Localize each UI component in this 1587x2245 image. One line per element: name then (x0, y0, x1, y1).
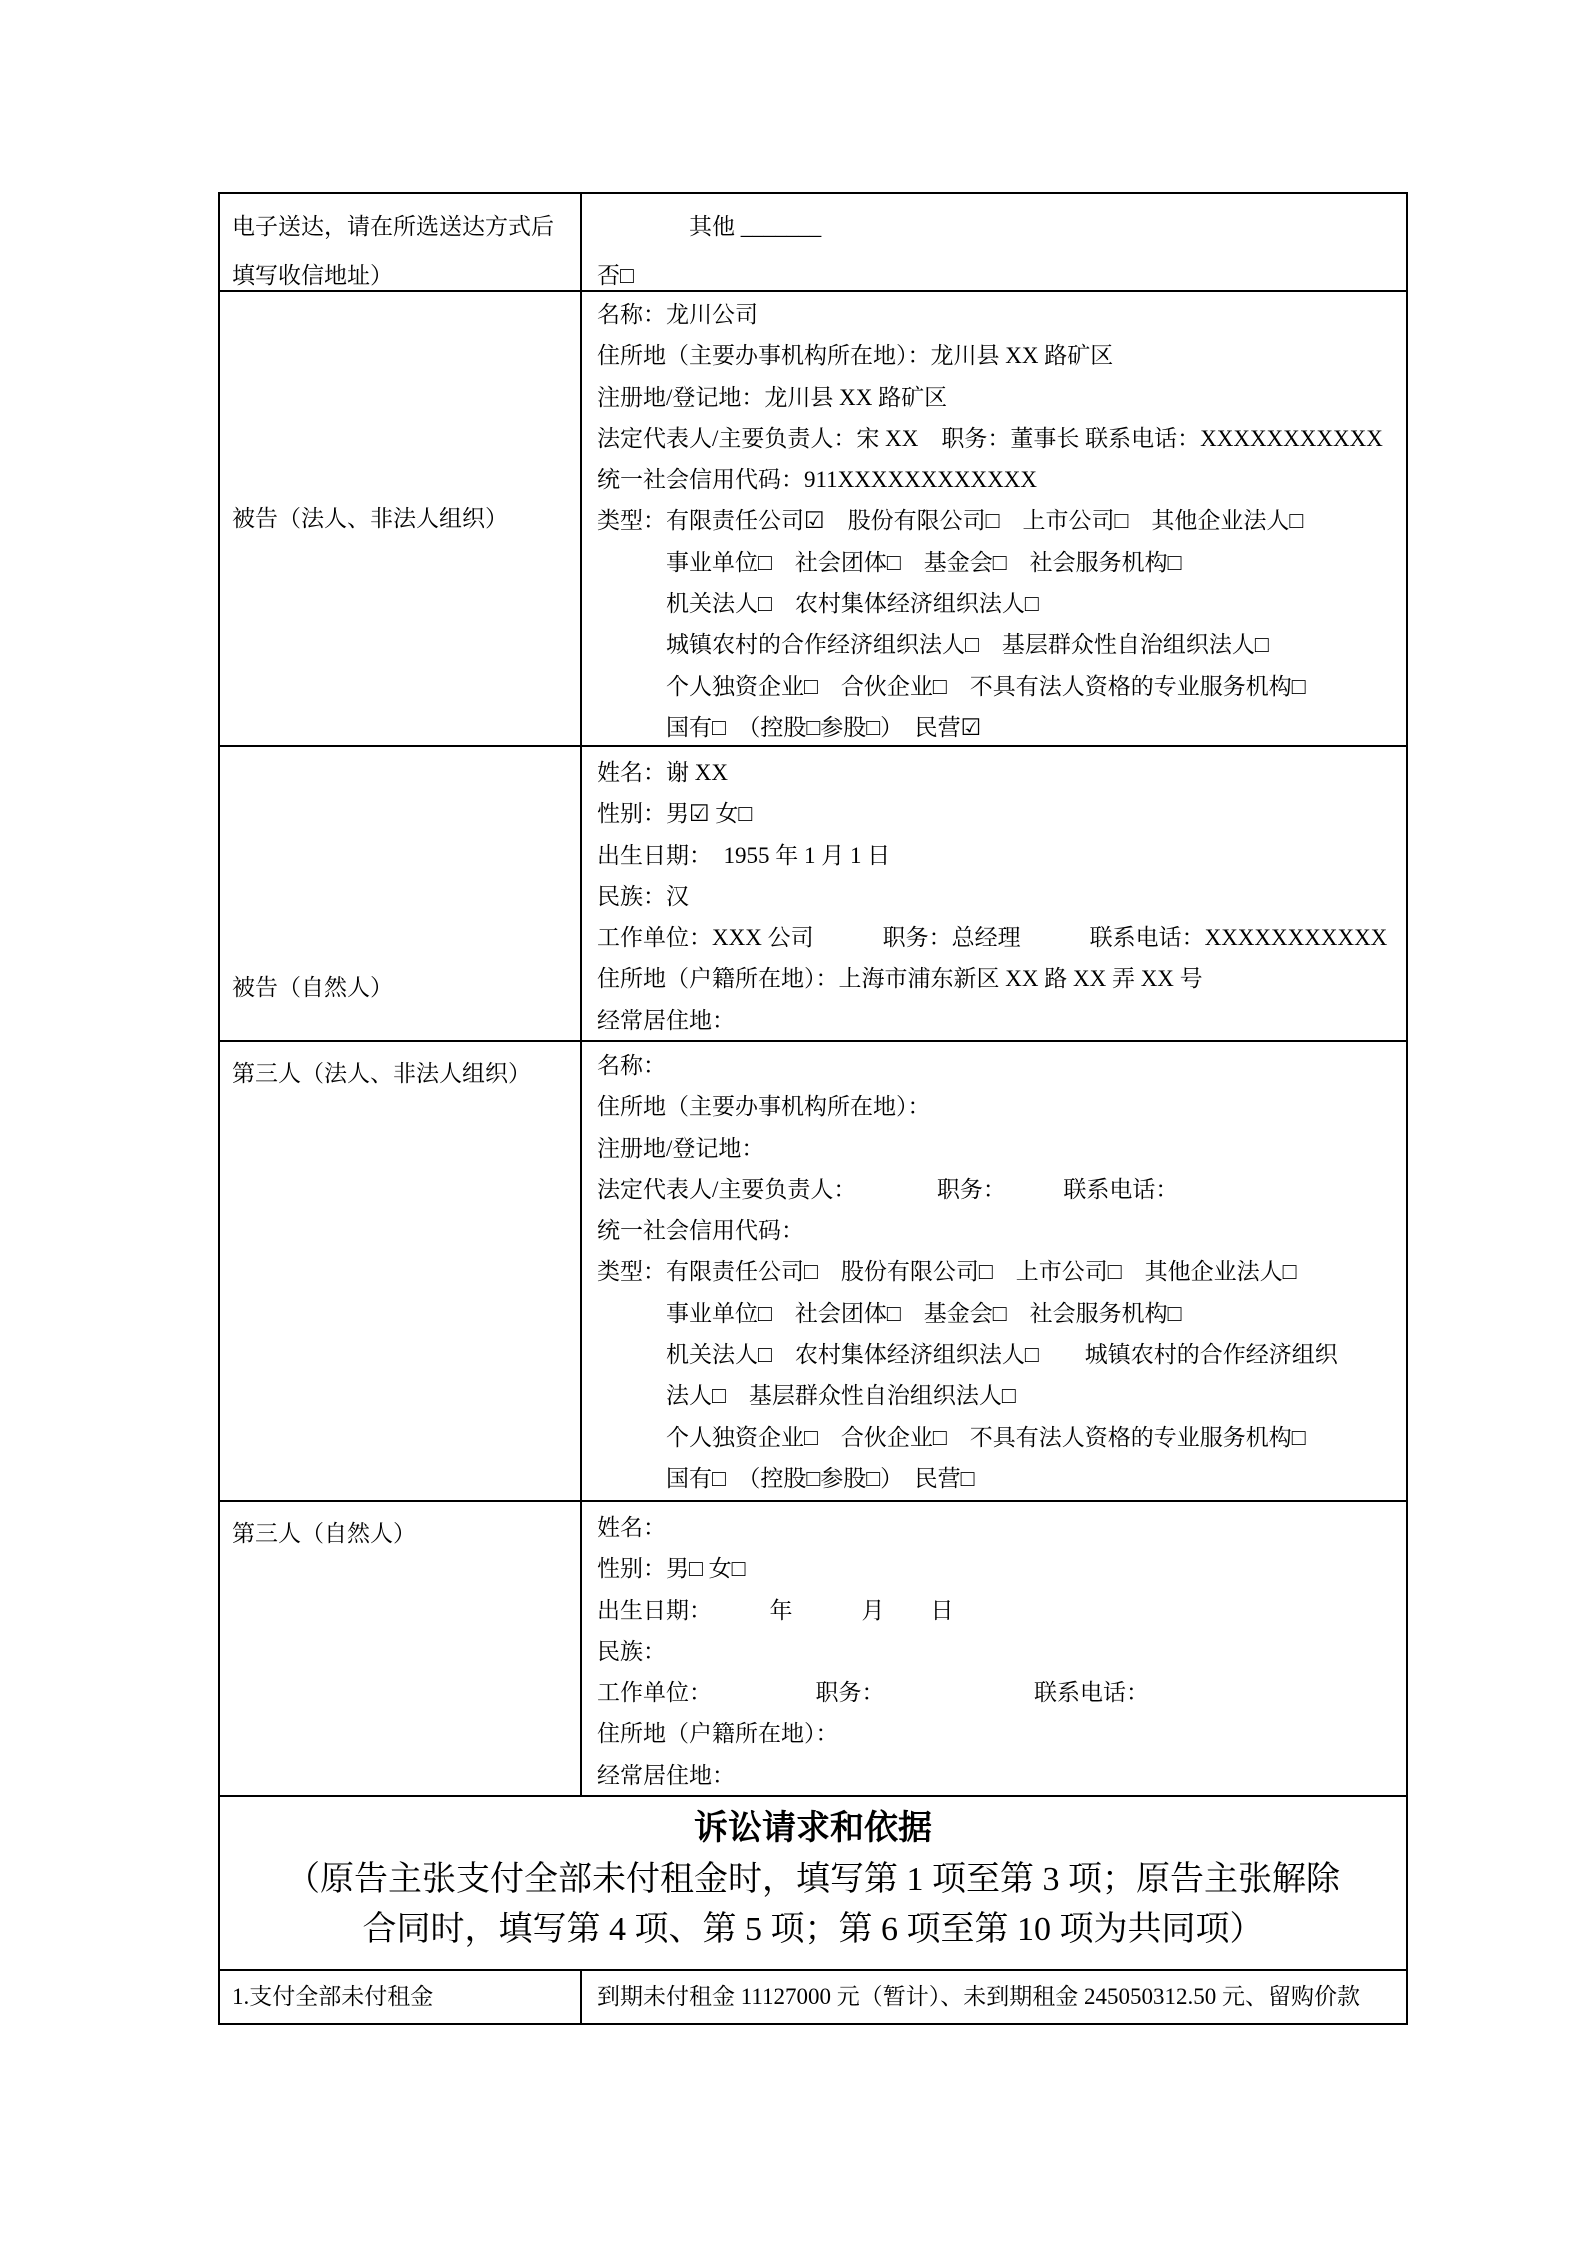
form-line: 民族： (597, 1631, 1398, 1672)
form-line: 其他 _______ (597, 202, 1398, 251)
form-line: 住所地（户籍所在地）： (597, 1713, 1398, 1754)
cell-third-party-natural-person-content: 姓名：性别：男□ 女□出生日期： 年 月 日民族：工作单位： 职务： 联系电话：… (582, 1502, 1406, 1795)
form-line: 名称： (597, 1045, 1398, 1086)
cell-third-party-organization-content: 名称：住所地（主要办事机构所在地）：注册地/登记地：法定代表人/主要负责人： 职… (582, 1042, 1406, 1500)
cell-third-party-natural-person-label: 第三人（自然人） (220, 1502, 582, 1795)
claims-header-title: 诉讼请求和依据 (220, 1803, 1406, 1855)
form-line: 性别：男☑ 女□ (597, 793, 1398, 834)
form-line: 事业单位□ 社会团体□ 基金会□ 社会服务机构□ (597, 542, 1398, 583)
cell-defendant-organization-label: 被告（法人、非法人组织） (220, 292, 582, 745)
cell-claim-item-1-label: 1.支付全部未付租金 (220, 1971, 582, 2023)
cell-defendant-natural-person-label: 被告（自然人） (220, 747, 582, 1040)
row-label-line: 第三人（自然人） (232, 1510, 572, 1558)
cell-defendant-natural-person-content: 姓名：谢 XX性别：男☑ 女□出生日期： 1955 年 1 月 1 日民族：汉工… (582, 747, 1406, 1040)
document-page: 电子送达，请在所选送达方式后填写收信地址） 其他 _______否□ 被告（法人… (0, 0, 1587, 2245)
form-line: 住所地（主要办事机构所在地）： (597, 1086, 1398, 1127)
row-label-line: 被告（法人、非法人组织） (232, 495, 572, 543)
row-claim-item-1: 1.支付全部未付租金 到期未付租金 11127000 元（暂计）、未到期租金 2… (220, 1971, 1406, 2023)
row-third-party-natural-person: 第三人（自然人） 姓名：性别：男□ 女□出生日期： 年 月 日民族：工作单位： … (220, 1502, 1406, 1797)
form-line: 事业单位□ 社会团体□ 基金会□ 社会服务机构□ (597, 1293, 1398, 1334)
row-electronic-service: 电子送达，请在所选送达方式后填写收信地址） 其他 _______否□ (220, 194, 1406, 292)
form-line: 法定代表人/主要负责人：宋 XX 职务：董事长 联系电话：XXXXXXXXXXX (597, 418, 1398, 459)
cell-electronic-service-label: 电子送达，请在所选送达方式后填写收信地址） (220, 194, 582, 290)
form-line: 机关法人□ 农村集体经济组织法人□ 城镇农村的合作经济组织 (597, 1334, 1398, 1375)
row-defendant-natural-person: 被告（自然人） 姓名：谢 XX性别：男☑ 女□出生日期： 1955 年 1 月 … (220, 747, 1406, 1042)
form-line: 性别：男□ 女□ (597, 1548, 1398, 1589)
form-line: 出生日期： 年 月 日 (597, 1590, 1398, 1631)
form-line: 住所地（主要办事机构所在地）：龙川县 XX 路矿区 (597, 335, 1398, 376)
form-line: 法人□ 基层群众性自治组织法人□ (597, 1375, 1398, 1416)
claims-header-subtitle-line-1: （原告主张支付全部未付租金时，填写第 1 项至第 3 项；原告主张解除 (220, 1855, 1406, 1905)
row-label-line: 第三人（法人、非法人组织） (232, 1050, 572, 1098)
form-line: 个人独资企业□ 合伙企业□ 不具有法人资格的专业服务机构□ (597, 1417, 1398, 1458)
cell-claim-item-1-content: 到期未付租金 11127000 元（暂计）、未到期租金 245050312.50… (582, 1971, 1406, 2023)
form-line: 名称：龙川公司 (597, 294, 1398, 335)
form-line: 机关法人□ 农村集体经济组织法人□ (597, 583, 1398, 624)
cell-electronic-service-content: 其他 _______否□ (582, 194, 1406, 290)
claims-header-cell: 诉讼请求和依据 （原告主张支付全部未付租金时，填写第 1 项至第 3 项；原告主… (220, 1797, 1406, 1969)
complaint-form-table: 电子送达，请在所选送达方式后填写收信地址） 其他 _______否□ 被告（法人… (218, 192, 1408, 2025)
form-line: 否□ (597, 251, 1398, 290)
row-label-line: 被告（自然人） (232, 964, 572, 1012)
cell-defendant-organization-content: 名称：龙川公司住所地（主要办事机构所在地）：龙川县 XX 路矿区注册地/登记地：… (582, 292, 1406, 745)
form-line: 住所地（户籍所在地）：上海市浦东新区 XX 路 XX 弄 XX 号 (597, 958, 1398, 999)
row-label-line: 电子送达，请在所选送达方式后 (232, 202, 572, 251)
form-line: 到期未付租金 11127000 元（暂计）、未到期租金 245050312.50… (597, 1974, 1398, 2020)
form-line: 统一社会信用代码：911XXXXXXXXXXXX (597, 459, 1398, 500)
form-line: 注册地/登记地： (597, 1128, 1398, 1169)
form-line: 民族：汉 (597, 876, 1398, 917)
claims-header-subtitle-line-2: 合同时，填写第 4 项、第 5 项；第 6 项至第 10 项为共同项） (220, 1905, 1406, 1955)
form-line: 注册地/登记地：龙川县 XX 路矿区 (597, 377, 1398, 418)
form-line: 类型：有限责任公司□ 股份有限公司□ 上市公司□ 其他企业法人□ (597, 1251, 1398, 1292)
form-line: 经常居住地： (597, 1000, 1398, 1040)
form-line: 出生日期： 1955 年 1 月 1 日 (597, 835, 1398, 876)
form-line: 姓名：谢 XX (597, 752, 1398, 793)
form-line: 姓名： (597, 1507, 1398, 1548)
form-line: 经常居住地： (597, 1755, 1398, 1795)
row-label-line: 1.支付全部未付租金 (232, 1974, 572, 2020)
form-line: 国有□ （控股□参股□） 民营☑ (597, 707, 1398, 745)
form-line: 国有□ （控股□参股□） 民营□ (597, 1458, 1398, 1499)
form-line: 类型：有限责任公司☑ 股份有限公司□ 上市公司□ 其他企业法人□ (597, 500, 1398, 541)
form-line: 城镇农村的合作经济组织法人□ 基层群众性自治组织法人□ (597, 624, 1398, 665)
row-third-party-organization: 第三人（法人、非法人组织） 名称：住所地（主要办事机构所在地）：注册地/登记地：… (220, 1042, 1406, 1502)
form-line: 法定代表人/主要负责人： 职务： 联系电话： (597, 1169, 1398, 1210)
form-line: 个人独资企业□ 合伙企业□ 不具有法人资格的专业服务机构□ (597, 666, 1398, 707)
row-defendant-organization: 被告（法人、非法人组织） 名称：龙川公司住所地（主要办事机构所在地）：龙川县 X… (220, 292, 1406, 747)
form-line: 工作单位： 职务： 联系电话： (597, 1672, 1398, 1713)
cell-third-party-organization-label: 第三人（法人、非法人组织） (220, 1042, 582, 1500)
row-claims-header: 诉讼请求和依据 （原告主张支付全部未付租金时，填写第 1 项至第 3 项；原告主… (220, 1797, 1406, 1971)
form-line: 统一社会信用代码： (597, 1210, 1398, 1251)
form-line: 工作单位：XXX 公司 职务：总经理 联系电话：XXXXXXXXXXX (597, 917, 1398, 958)
